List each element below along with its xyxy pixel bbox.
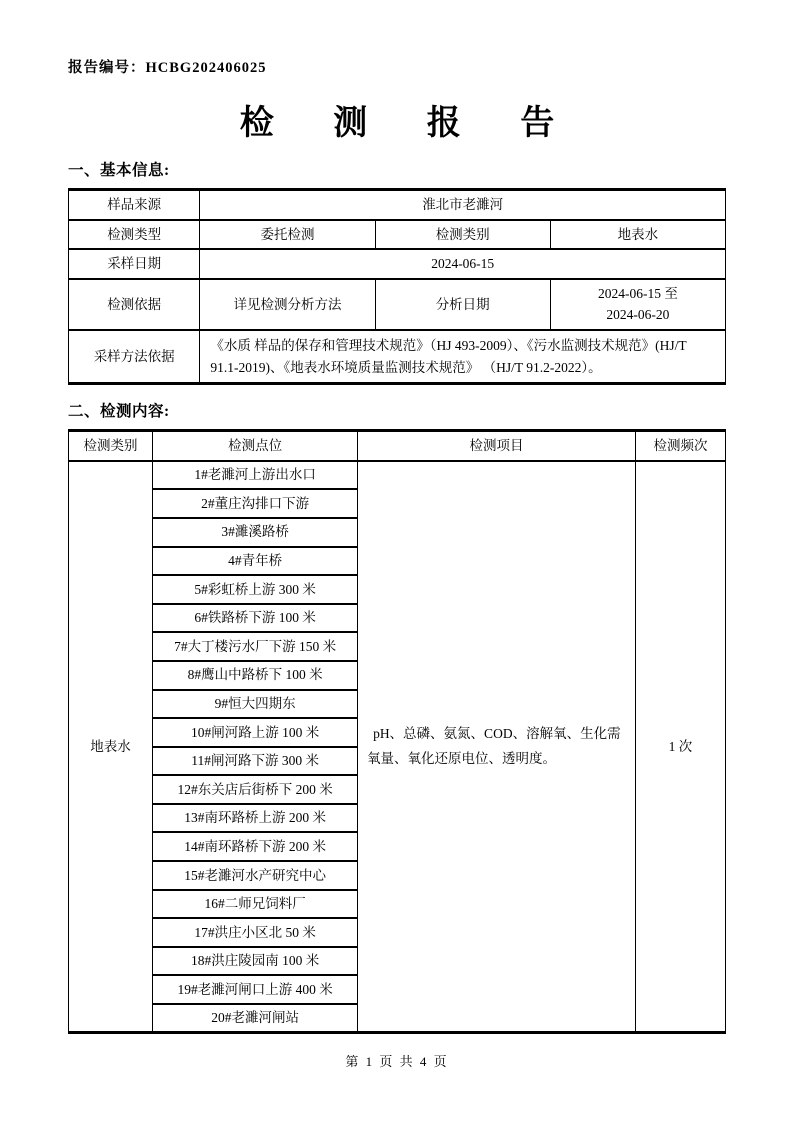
section-heading-basic-info: 一、基本信息: [68,158,726,180]
sample-source-label: 样品来源 [69,190,200,220]
test-type-label: 检测类型 [69,220,200,250]
point-cell: 12#东关店后街桥下 200 米 [153,775,358,804]
point-cell: 15#老濉河水产研究中心 [153,861,358,890]
sampling-method-basis-label: 采样方法依据 [69,330,200,384]
point-cell: 1#老濉河上游出水口 [153,461,358,490]
sample-source-value: 淮北市老濉河 [200,190,726,220]
table-header-row: 检测类别 检测点位 检测项目 检测频次 [69,431,726,461]
point-cell: 9#恒大四期东 [153,690,358,719]
analysis-date-line1: 2024-06-15 至 [557,283,719,305]
point-cell: 3#濉溪路桥 [153,518,358,547]
basic-info-table: 样品来源 淮北市老濉河 检测类型 委托检测 检测类别 地表水 采样日期 2024… [68,188,726,385]
report-number-value: HCBG202406025 [146,60,267,76]
point-cell: 17#洪庄小区北 50 米 [153,918,358,947]
table-row: 检测依据 详见检测分析方法 分析日期 2024-06-15 至 2024-06-… [69,279,726,330]
test-content-table: 检测类别 检测点位 检测项目 检测频次 地表水 1#老濉河上游出水口 pH、总磷… [68,429,726,1034]
analysis-date-value: 2024-06-15 至 2024-06-20 [550,279,725,330]
report-page: 报告编号：HCBG202406025 检测报告 一、基本信息: 样品来源 淮北市… [0,0,793,1122]
point-cell: 20#老濉河闸站 [153,1004,358,1033]
sampling-date-value: 2024-06-15 [200,249,726,279]
analysis-date-label: 分析日期 [375,279,550,330]
sampling-date-label: 采样日期 [69,249,200,279]
point-cell: 18#洪庄陵园南 100 米 [153,947,358,976]
table-row: 采样日期 2024-06-15 [69,249,726,279]
point-cell: 6#铁路桥下游 100 米 [153,604,358,633]
point-cell: 10#闸河路上游 100 米 [153,718,358,747]
point-cell: 16#二师兄饲料厂 [153,890,358,919]
header-items: 检测项目 [358,431,636,461]
point-cell: 4#青年桥 [153,547,358,576]
sampling-method-basis-value: 《水质 样品的保存和管理技术规范》（HJ 493-2009）、《污水监测技术规范… [200,330,726,384]
test-category-label: 检测类别 [375,220,550,250]
point-cell: 7#大丁楼污水厂下游 150 米 [153,632,358,661]
table-row: 检测类型 委托检测 检测类别 地表水 [69,220,726,250]
point-cell: 5#彩虹桥上游 300 米 [153,575,358,604]
point-cell: 2#董庄沟排口下游 [153,489,358,518]
point-cell: 8#鹰山中路桥下 100 米 [153,661,358,690]
items-cell: pH、总磷、氨氮、COD、溶解氧、生化需氧量、氧化还原电位、透明度。 [358,461,636,1033]
page-footer: 第 1 页 共 4 页 [68,1051,726,1070]
page-title: 检测报告 [240,95,614,144]
table-row: 地表水 1#老濉河上游出水口 pH、总磷、氨氮、COD、溶解氧、生化需氧量、氧化… [69,461,726,490]
report-number-label: 报告编号： [68,60,146,76]
point-cell: 14#南环路桥下游 200 米 [153,832,358,861]
section-heading-test-content: 二、检测内容: [68,399,726,421]
header-frequency: 检测频次 [635,431,725,461]
header-category: 检测类别 [69,431,153,461]
frequency-cell: 1 次 [635,461,725,1033]
point-cell: 19#老濉河闸口上游 400 米 [153,975,358,1004]
test-basis-label: 检测依据 [69,279,200,330]
report-number-line: 报告编号：HCBG202406025 [68,56,726,77]
category-cell: 地表水 [69,461,153,1033]
test-category-value: 地表水 [550,220,725,250]
table-row: 采样方法依据 《水质 样品的保存和管理技术规范》（HJ 493-2009）、《污… [69,330,726,384]
point-cell: 13#南环路桥上游 200 米 [153,804,358,833]
header-point: 检测点位 [153,431,358,461]
analysis-date-line2: 2024-06-20 [557,304,719,326]
table-row: 样品来源 淮北市老濉河 [69,190,726,220]
test-basis-value: 详见检测分析方法 [200,279,375,330]
point-cell: 11#闸河路下游 300 米 [153,747,358,776]
title-wrap: 检测报告 [68,95,726,144]
test-type-value: 委托检测 [200,220,375,250]
